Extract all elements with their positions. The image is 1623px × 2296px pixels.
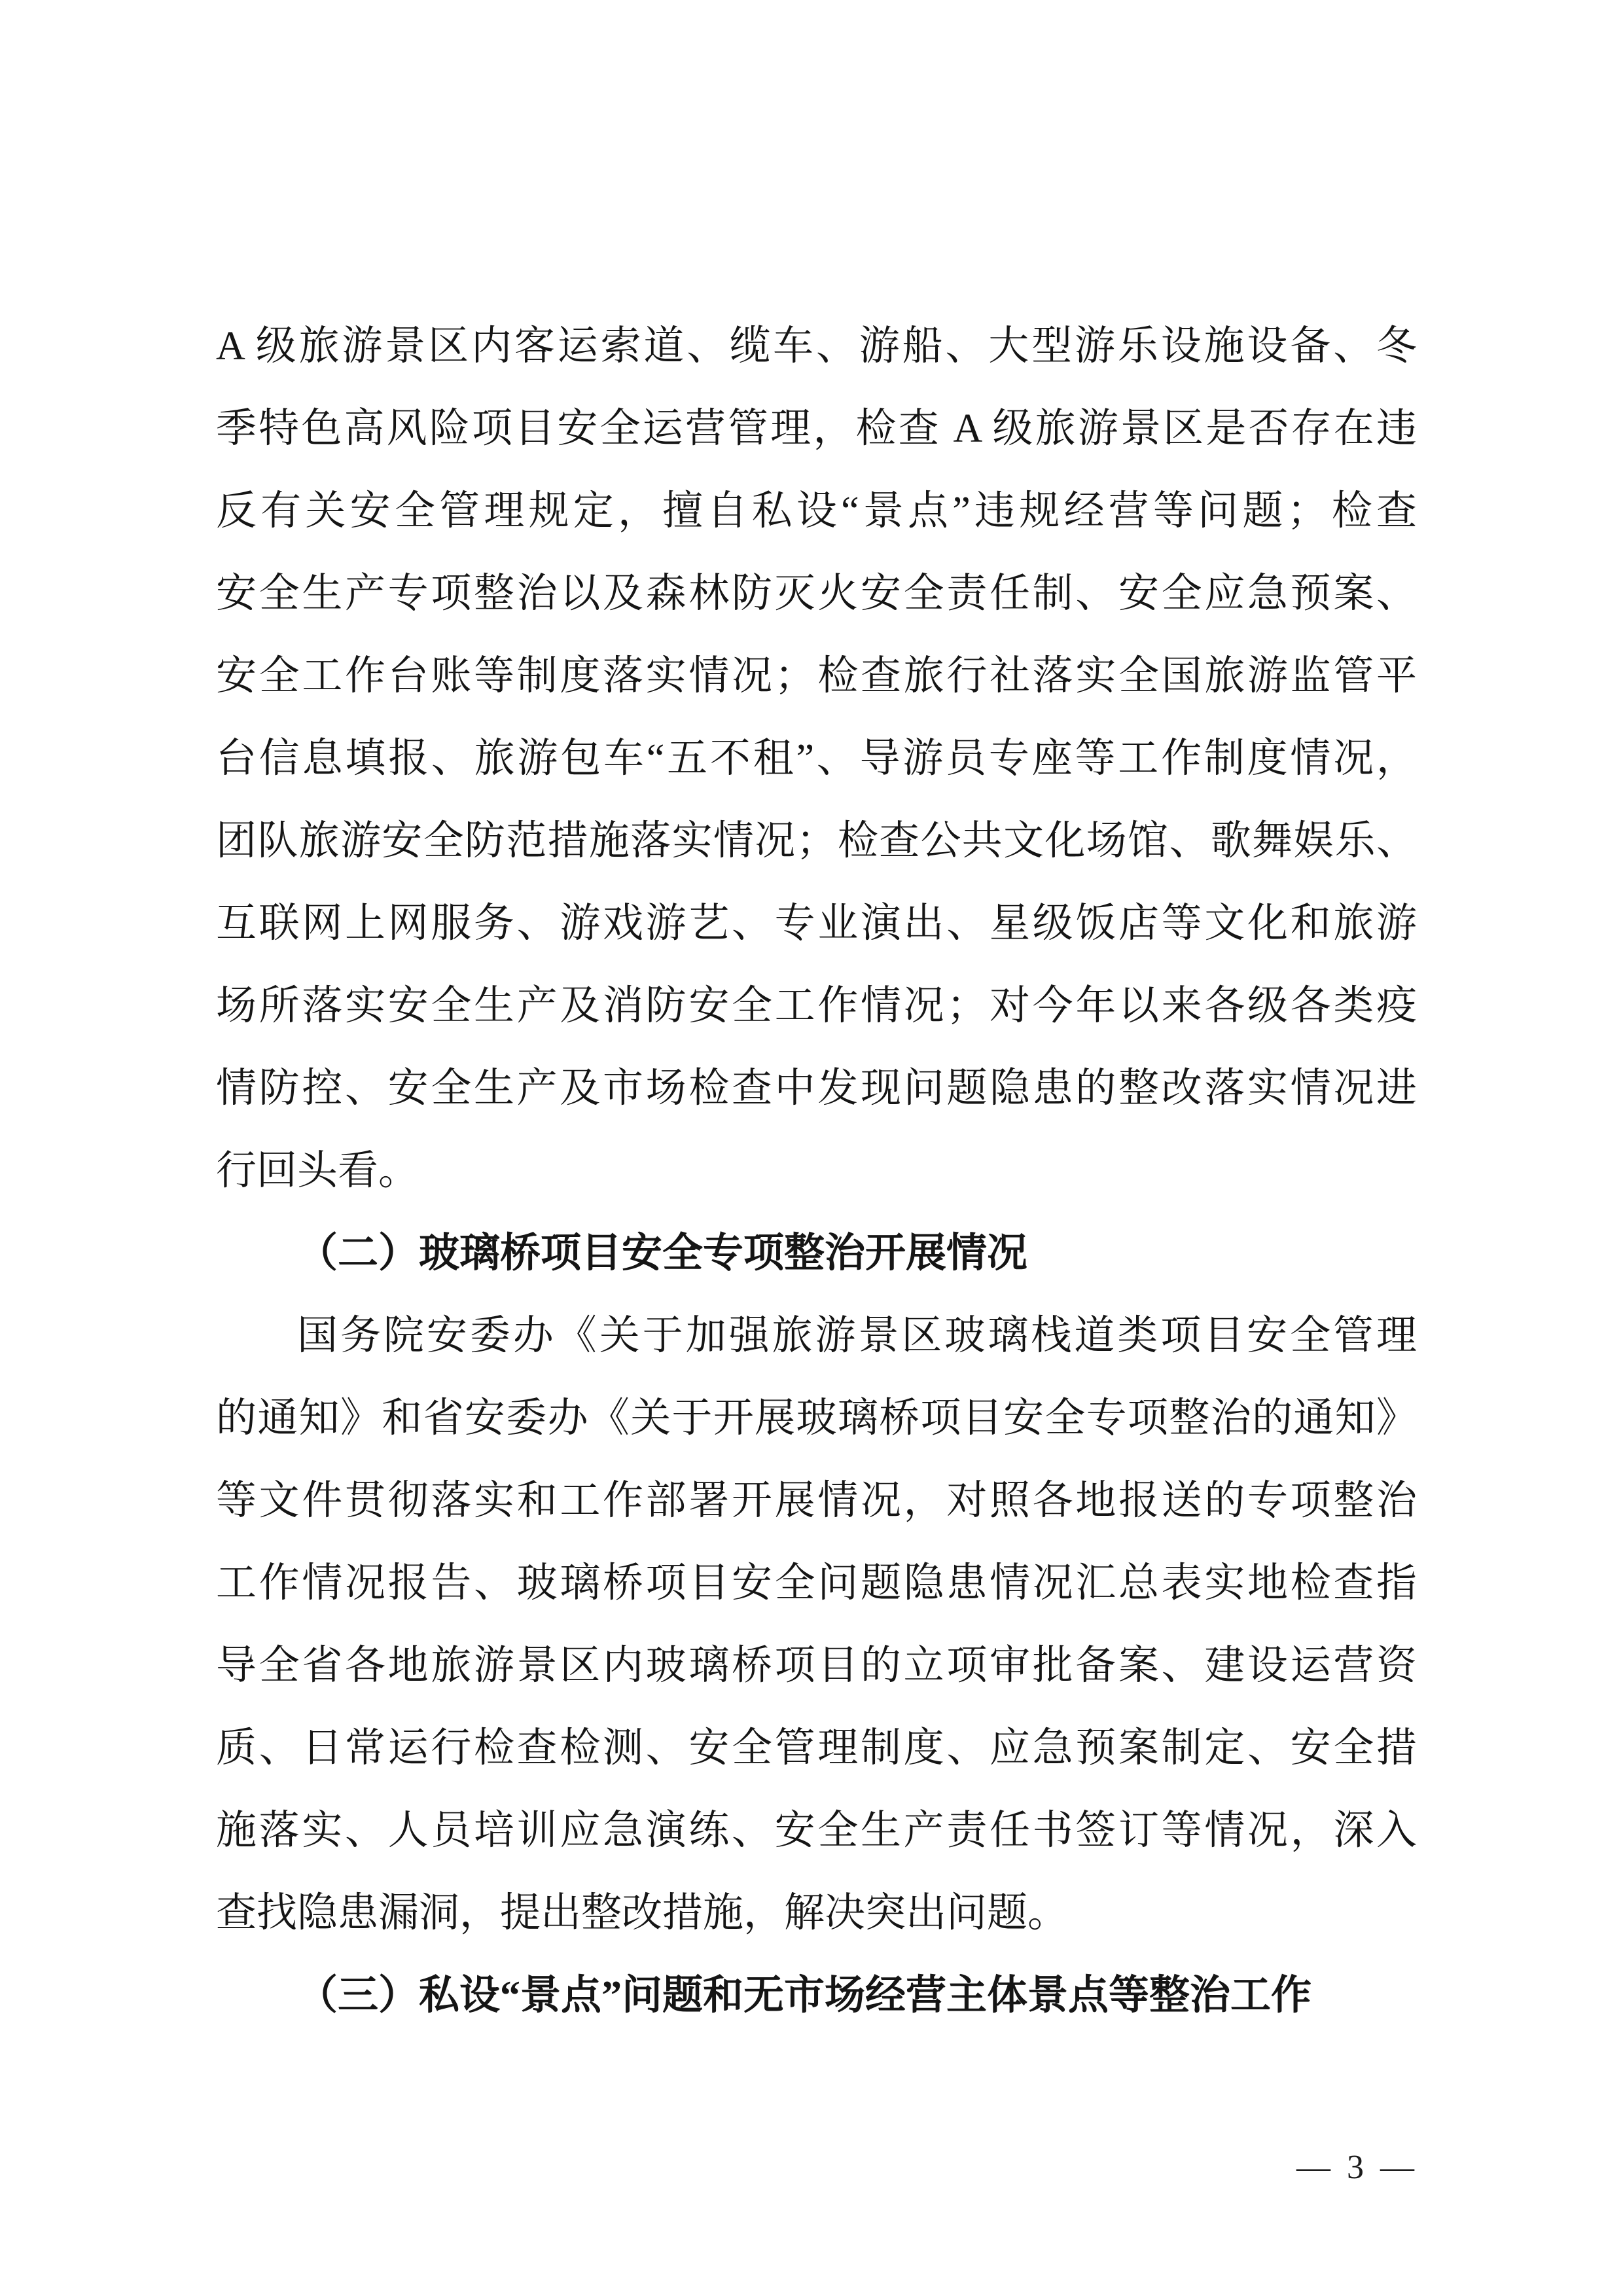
text-line: 施落实、人员培训应急演练、安全生产责任书签订等情况，深入 — [216, 1789, 1417, 1872]
text-line: 团队旅游安全防范措施落实情况；检查公共文化场馆、歌舞娱乐、 — [216, 800, 1417, 882]
text-line: 季特色高风险项目安全运营管理，检查 A 级旅游景区是否存在违 — [216, 387, 1417, 470]
text-line: A 级旅游景区内客运索道、缆车、游船、大型游乐设施设备、冬 — [216, 305, 1417, 387]
heading-line: （三）私设“景点”问题和无市场经营主体景点等整治工作 — [216, 1954, 1417, 2037]
text-line: 安全工作台账等制度落实情况；检查旅行社落实全国旅游监管平 — [216, 635, 1417, 717]
text-line: 互联网上网服务、游戏游艺、专业演出、星级饭店等文化和旅游 — [216, 882, 1417, 965]
text-line: 导全省各地旅游景区内玻璃桥项目的立项审批备案、建设运营资 — [216, 1624, 1417, 1707]
text-line: 工作情况报告、玻璃桥项目安全问题隐患情况汇总表实地检查指 — [216, 1542, 1417, 1624]
text-line: 行回头看。 — [216, 1130, 1417, 1212]
text-line: 等文件贯彻落实和工作部署开展情况，对照各地报送的专项整治 — [216, 1460, 1417, 1542]
page-number: — 3 — — [1296, 2148, 1418, 2187]
document-page: A 级旅游景区内客运索道、缆车、游船、大型游乐设施设备、冬季特色高风险项目安全运… — [0, 0, 1623, 2296]
text-line: 情防控、安全生产及市场检查中发现问题隐患的整改落实情况进 — [216, 1047, 1417, 1130]
text-line: 台信息填报、旅游包车“五不租”、导游员专座等工作制度情况， — [216, 717, 1417, 800]
text-line: 反有关安全管理规定，擅自私设“景点”违规经营等问题；检查 — [216, 470, 1417, 552]
text-line: 的通知》和省安委办《关于开展玻璃桥项目安全专项整治的通知》 — [216, 1377, 1417, 1460]
text-line: 安全生产专项整治以及森林防灭火安全责任制、安全应急预案、 — [216, 552, 1417, 635]
heading-line: （二）玻璃桥项目安全专项整治开展情况 — [216, 1212, 1417, 1295]
text-line: 国务院安委办《关于加强旅游景区玻璃栈道类项目安全管理 — [216, 1295, 1417, 1377]
text-line: 质、日常运行检查检测、安全管理制度、应急预案制定、安全措 — [216, 1707, 1417, 1789]
text-line: 场所落实安全生产及消防安全工作情况；对今年以来各级各类疫 — [216, 965, 1417, 1047]
text-line: 查找隐患漏洞，提出整改措施，解决突出问题。 — [216, 1872, 1417, 1954]
document-body: A 级旅游景区内客运索道、缆车、游船、大型游乐设施设备、冬季特色高风险项目安全运… — [216, 305, 1417, 2037]
